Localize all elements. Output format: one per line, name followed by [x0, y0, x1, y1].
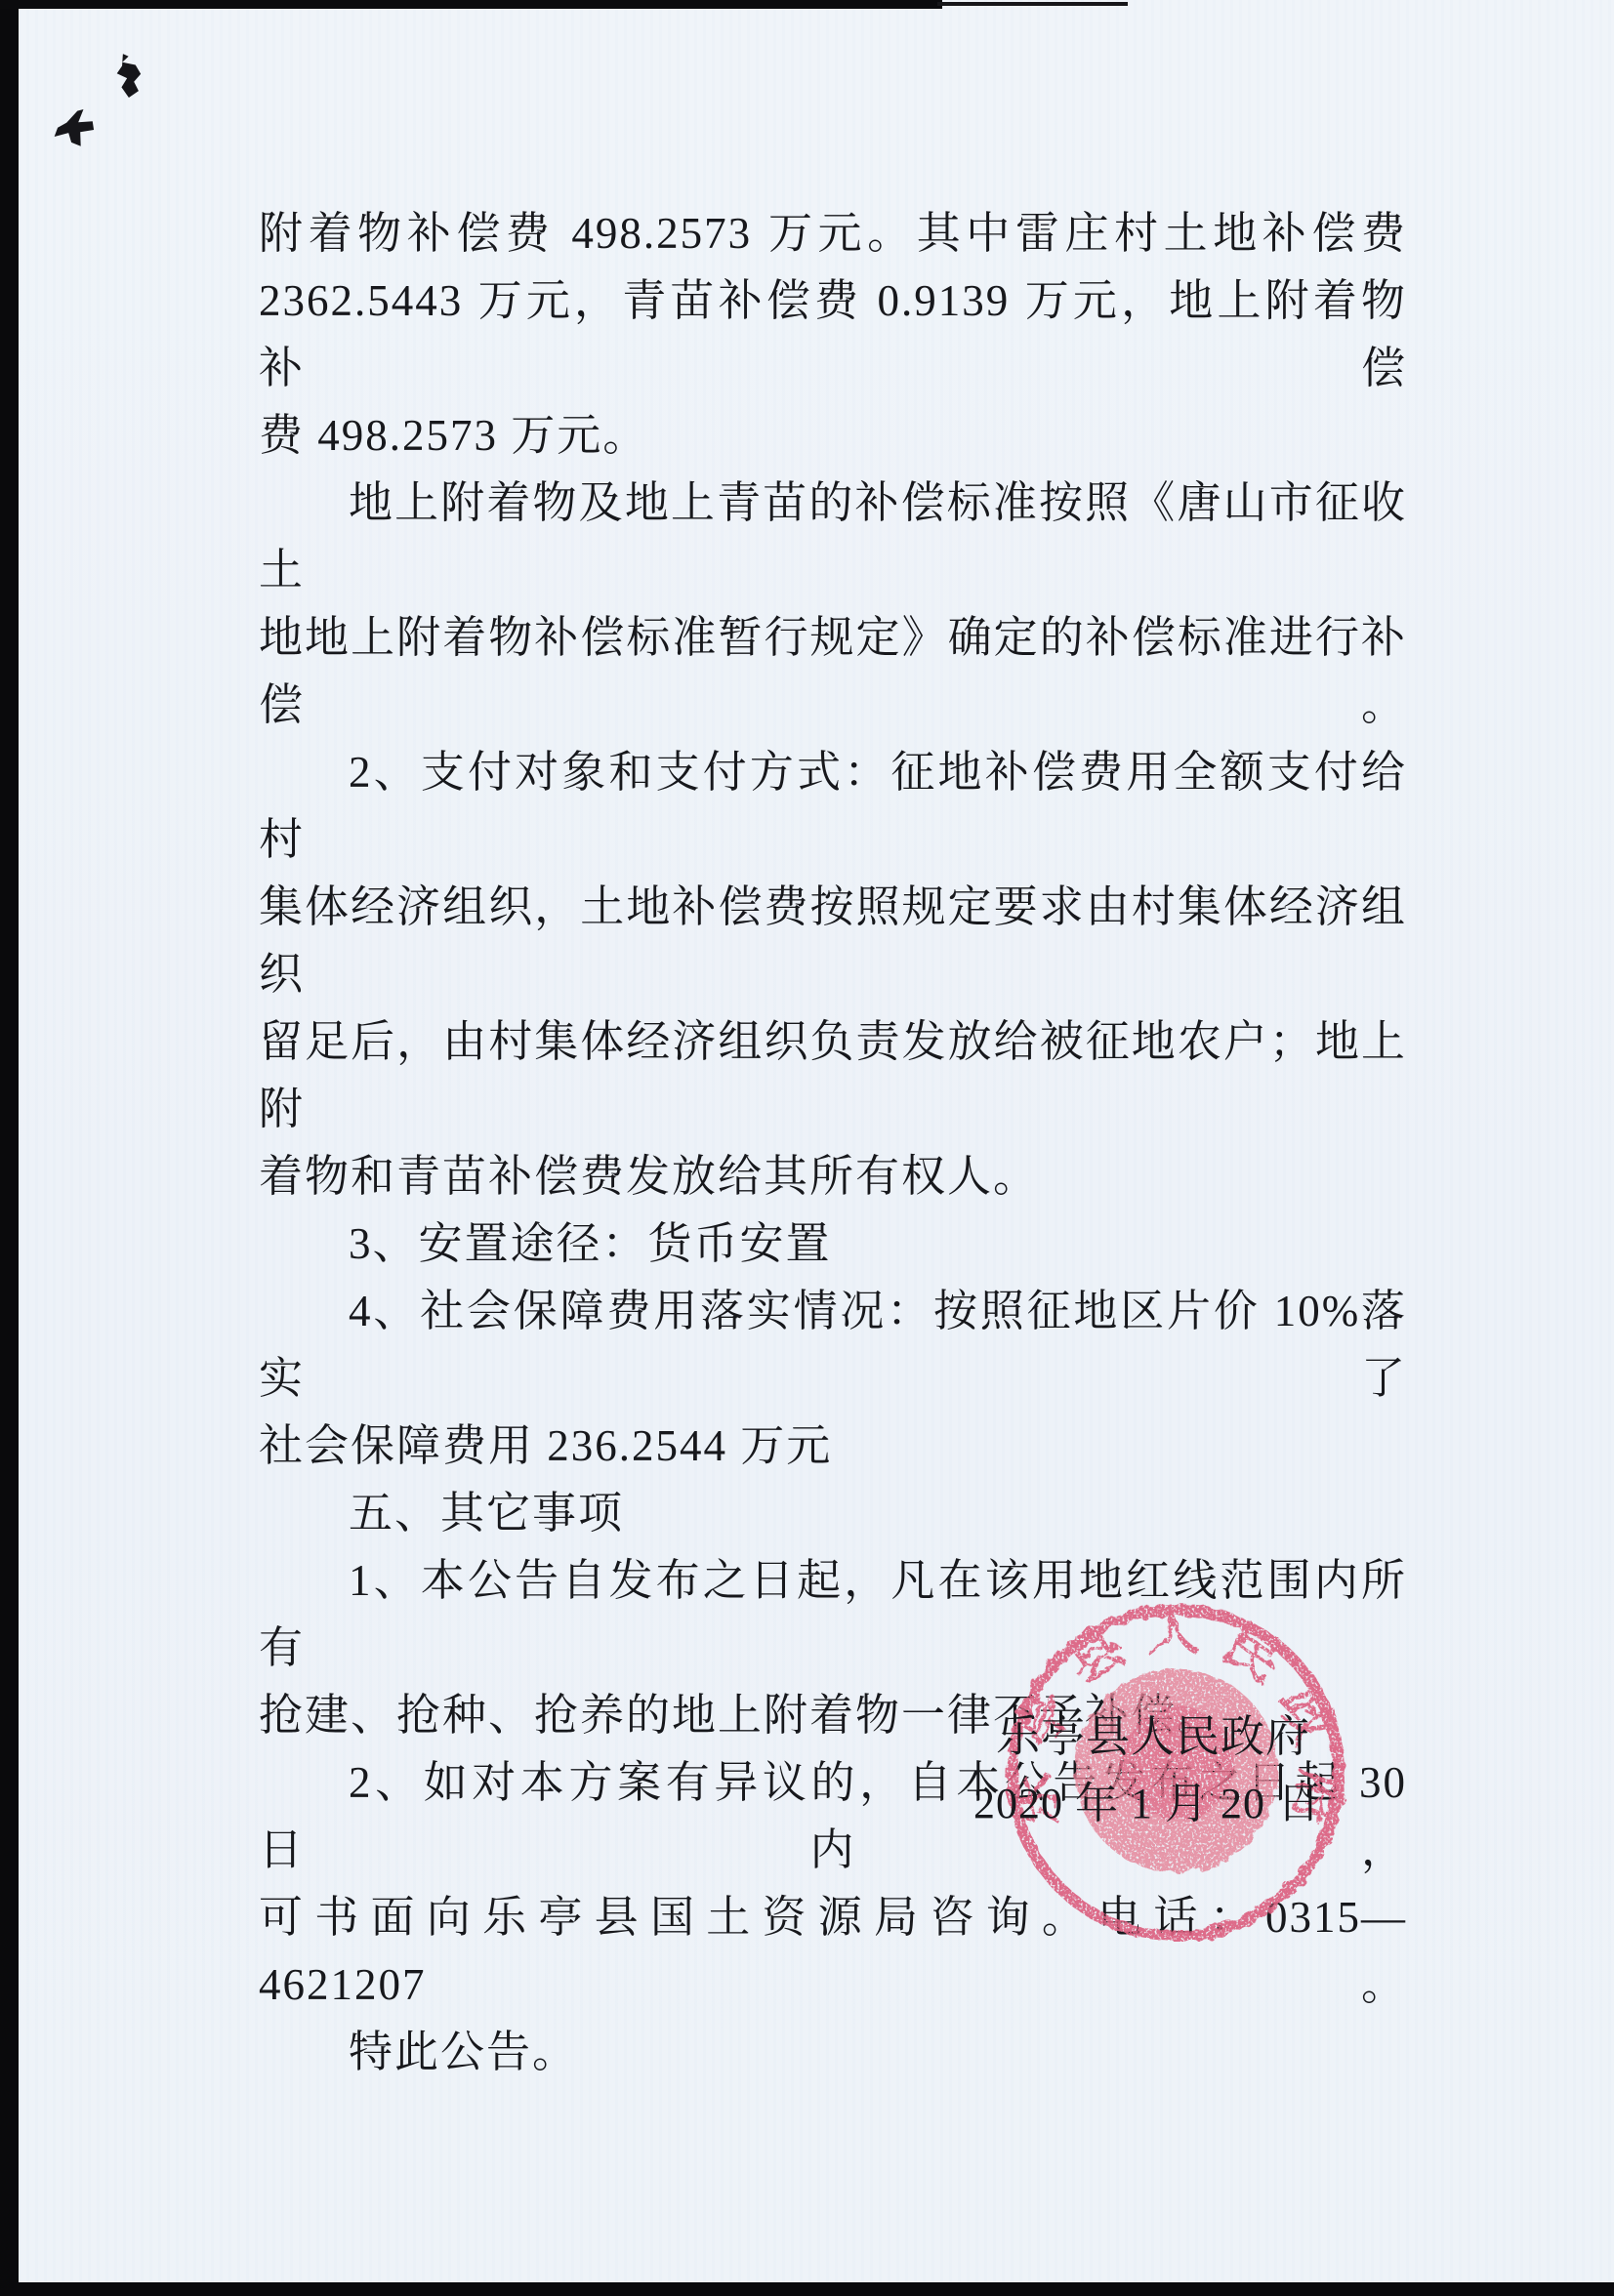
- body-line: 2、支付对象和支付方式：征地补偿费用全额支付给村: [259, 739, 1407, 874]
- body-line: 留足后，由村集体经济组织负责发放给被征地农户；地上附: [259, 1008, 1407, 1143]
- body-line: 集体经济组织，土地补偿费按照规定要求由村集体经济组织: [259, 874, 1407, 1008]
- body-line: 2362.5443 万元，青苗补偿费 0.9139 万元，地上附着物补偿: [259, 267, 1407, 402]
- body-line: 特此公告。: [259, 2019, 1407, 2086]
- scan-edge-top-thin: [937, 2, 1128, 6]
- issue-date: 2020 年 1 月 20 日: [962, 1768, 1333, 1830]
- body-line: 着物和青苗补偿费发放给其所有权人。: [259, 1143, 1407, 1210]
- scan-edge-top: [0, 0, 942, 9]
- document-page: 附着物补偿费 498.2573 万元。其中雷庄村土地补偿费2362.5443 万…: [0, 0, 1614, 2296]
- scan-edge-bottom: [0, 2282, 1614, 2296]
- body-line: 地地上附着物补偿标准暂行规定》确定的补偿标准进行补偿。: [259, 604, 1407, 739]
- body-line: 4、社会保障费用落实情况：按照征地区片价 10%落实了: [259, 1278, 1407, 1413]
- scan-edge-left: [0, 0, 19, 2296]
- body-line: 社会保障费用 236.2544 万元: [259, 1413, 1407, 1480]
- body-line: 费 498.2573 万元。: [259, 402, 1407, 470]
- ink-speck: [105, 51, 147, 102]
- body-line: 附着物补偿费 498.2573 万元。其中雷庄村土地补偿费: [259, 200, 1407, 267]
- issuer-signature: 乐亭县人民政府: [996, 1701, 1308, 1764]
- ink-speck: [51, 104, 97, 150]
- body-line: 地上附着物及地上青苗的补偿标准按照《唐山市征收土: [259, 470, 1407, 604]
- body-line: 五、其它事项: [259, 1480, 1407, 1547]
- body-line: 3、安置途径：货币安置: [259, 1210, 1407, 1278]
